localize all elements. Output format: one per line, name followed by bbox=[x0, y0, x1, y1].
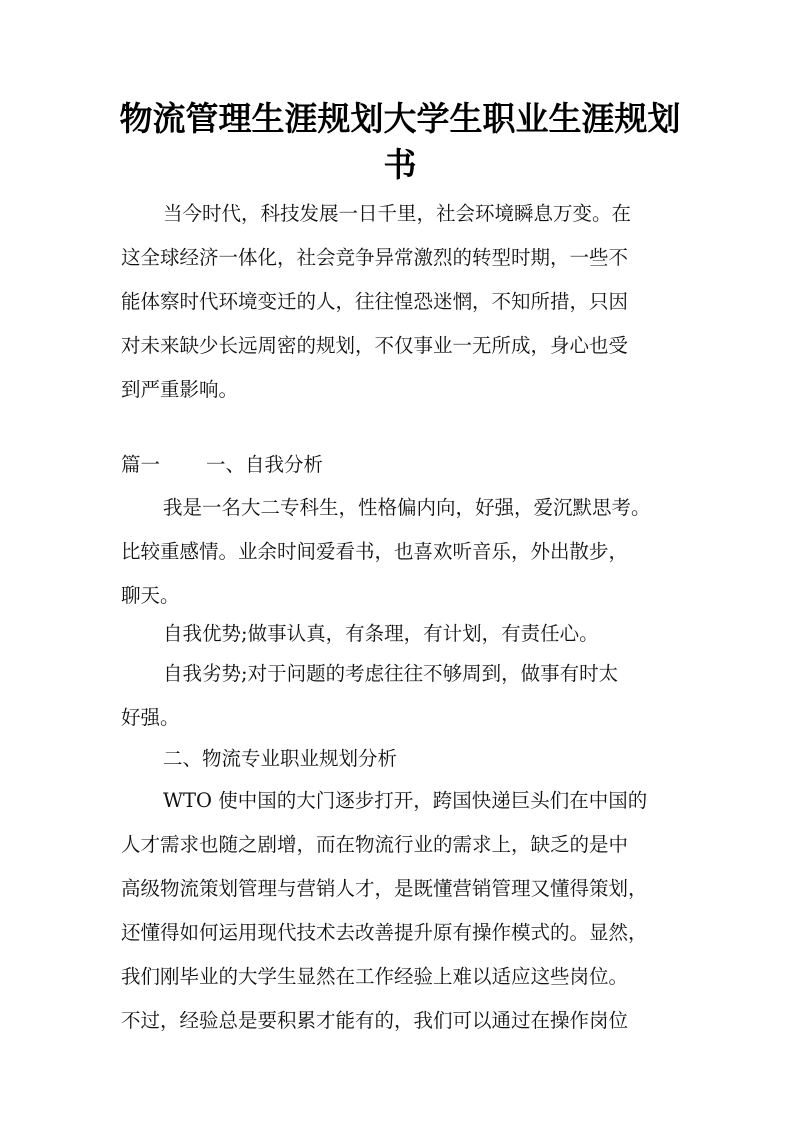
industry-para-line-2: 人才需求也随之剧增，而在物流行业的需求上，缺乏的是中 bbox=[121, 833, 628, 857]
title-line-1: 物流管理生涯规划大学生职业生涯规划 bbox=[110, 96, 690, 142]
intro-line-5: 到严重影响。 bbox=[121, 378, 238, 402]
section2-heading: 二、物流专业职业规划分析 bbox=[163, 747, 397, 771]
title-line-2: 书 bbox=[110, 142, 690, 188]
intro-line-1: 当今时代，科技发展一日千里，社会环境瞬息万变。在 bbox=[163, 202, 631, 226]
industry-para-line-3: 高级物流策划管理与营销人才，是既懂营销管理又懂得策划， bbox=[121, 877, 648, 901]
self-para-line-3: 聊天。 bbox=[121, 584, 180, 608]
weakness-line-2: 好强。 bbox=[121, 706, 180, 730]
intro-line-2: 这全球经济一体化，社会竞争异常激烈的转型时期，一些不 bbox=[121, 246, 628, 270]
industry-para-line-5: 我们刚毕业的大学生显然在工作经验上难以适应这些岗位。 bbox=[121, 965, 628, 989]
chapter-label: 篇一 bbox=[121, 453, 160, 477]
self-para-line-2: 比较重感情。业余时间爱看书，也喜欢听音乐，外出散步， bbox=[121, 540, 628, 564]
industry-para-line-4: 还懂得如何运用现代技术去改善提升原有操作模式的。显然， bbox=[121, 921, 648, 945]
document-page: 物流管理生涯规划大学生职业生涯规划 书 当今时代，科技发展一日千里，社会环境瞬息… bbox=[0, 0, 793, 1122]
self-para-line-1: 我是一名大二专科生，性格偏内向，好强，爱沉默思考。 bbox=[163, 496, 651, 520]
document-title: 物流管理生涯规划大学生职业生涯规划 书 bbox=[110, 96, 690, 188]
strengths-line: 自我优势;做事认真，有条理，有计划，有责任心。 bbox=[163, 622, 599, 646]
weakness-line-1: 自我劣势;对于问题的考虑往往不够周到，做事有时太 bbox=[163, 662, 618, 686]
industry-para-line-6: 不过，经验总是要积累才能有的，我们可以通过在操作岗位 bbox=[121, 1009, 628, 1033]
intro-line-4: 对未来缺少长远周密的规划，不仅事业一无所成，身心也受 bbox=[121, 334, 628, 358]
section1-heading: 一、自我分析 bbox=[206, 453, 323, 477]
intro-line-3: 能体察时代环境变迁的人，往往惶恐迷惘，不知所措，只因 bbox=[121, 290, 628, 314]
section1-heading-row: 篇一一、自我分析 bbox=[121, 453, 323, 477]
industry-para-line-1: WTO 使中国的大门逐步打开，跨国快递巨头们在中国的 bbox=[163, 789, 647, 813]
